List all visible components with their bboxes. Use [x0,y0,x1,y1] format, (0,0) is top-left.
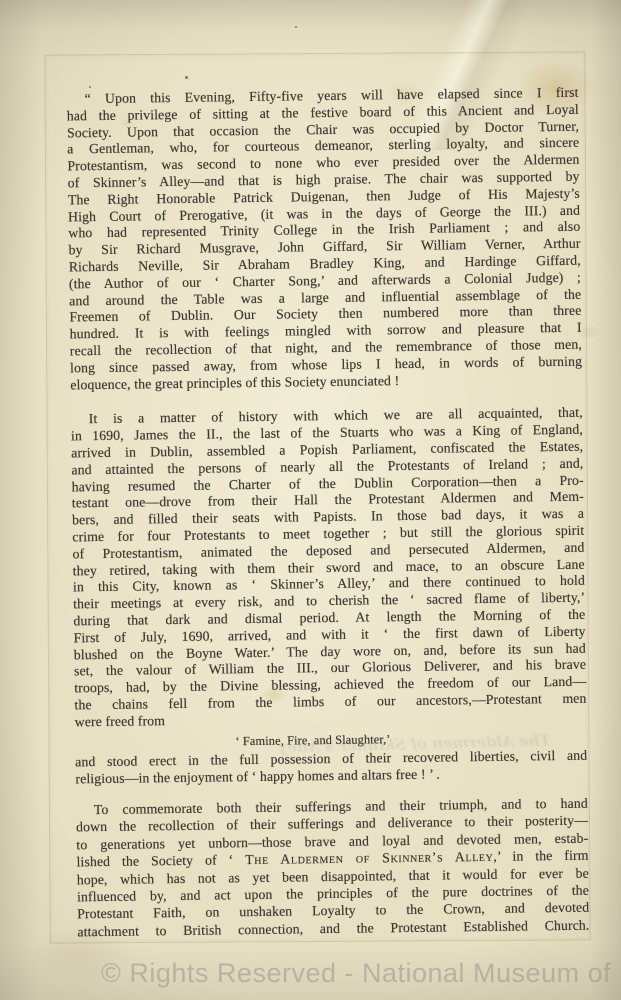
paragraph-p3: and stood erect in the full possession o… [75,748,587,788]
page-text: “ Upon this Evening, Fifty-five years wi… [66,85,589,941]
paragraph-p4: To commemorate both their sufferings and… [76,794,590,940]
scanned-page-paper: The Aldermen of Skinner’s Alley “ Upon t… [0,0,621,1000]
copyright-watermark: © Rights Reserved - National Museum of I… [101,956,621,990]
ink-speck [185,76,188,79]
ink-speck [295,26,297,28]
paragraph-p1: “ Upon this Evening, Fifty-five years wi… [66,85,582,394]
society-name-smallcaps: The Aldermen of Skinner’s Alley [245,849,493,867]
ink-speck [89,86,91,88]
paragraph-p2: It is a matter of history with which we … [71,405,587,731]
